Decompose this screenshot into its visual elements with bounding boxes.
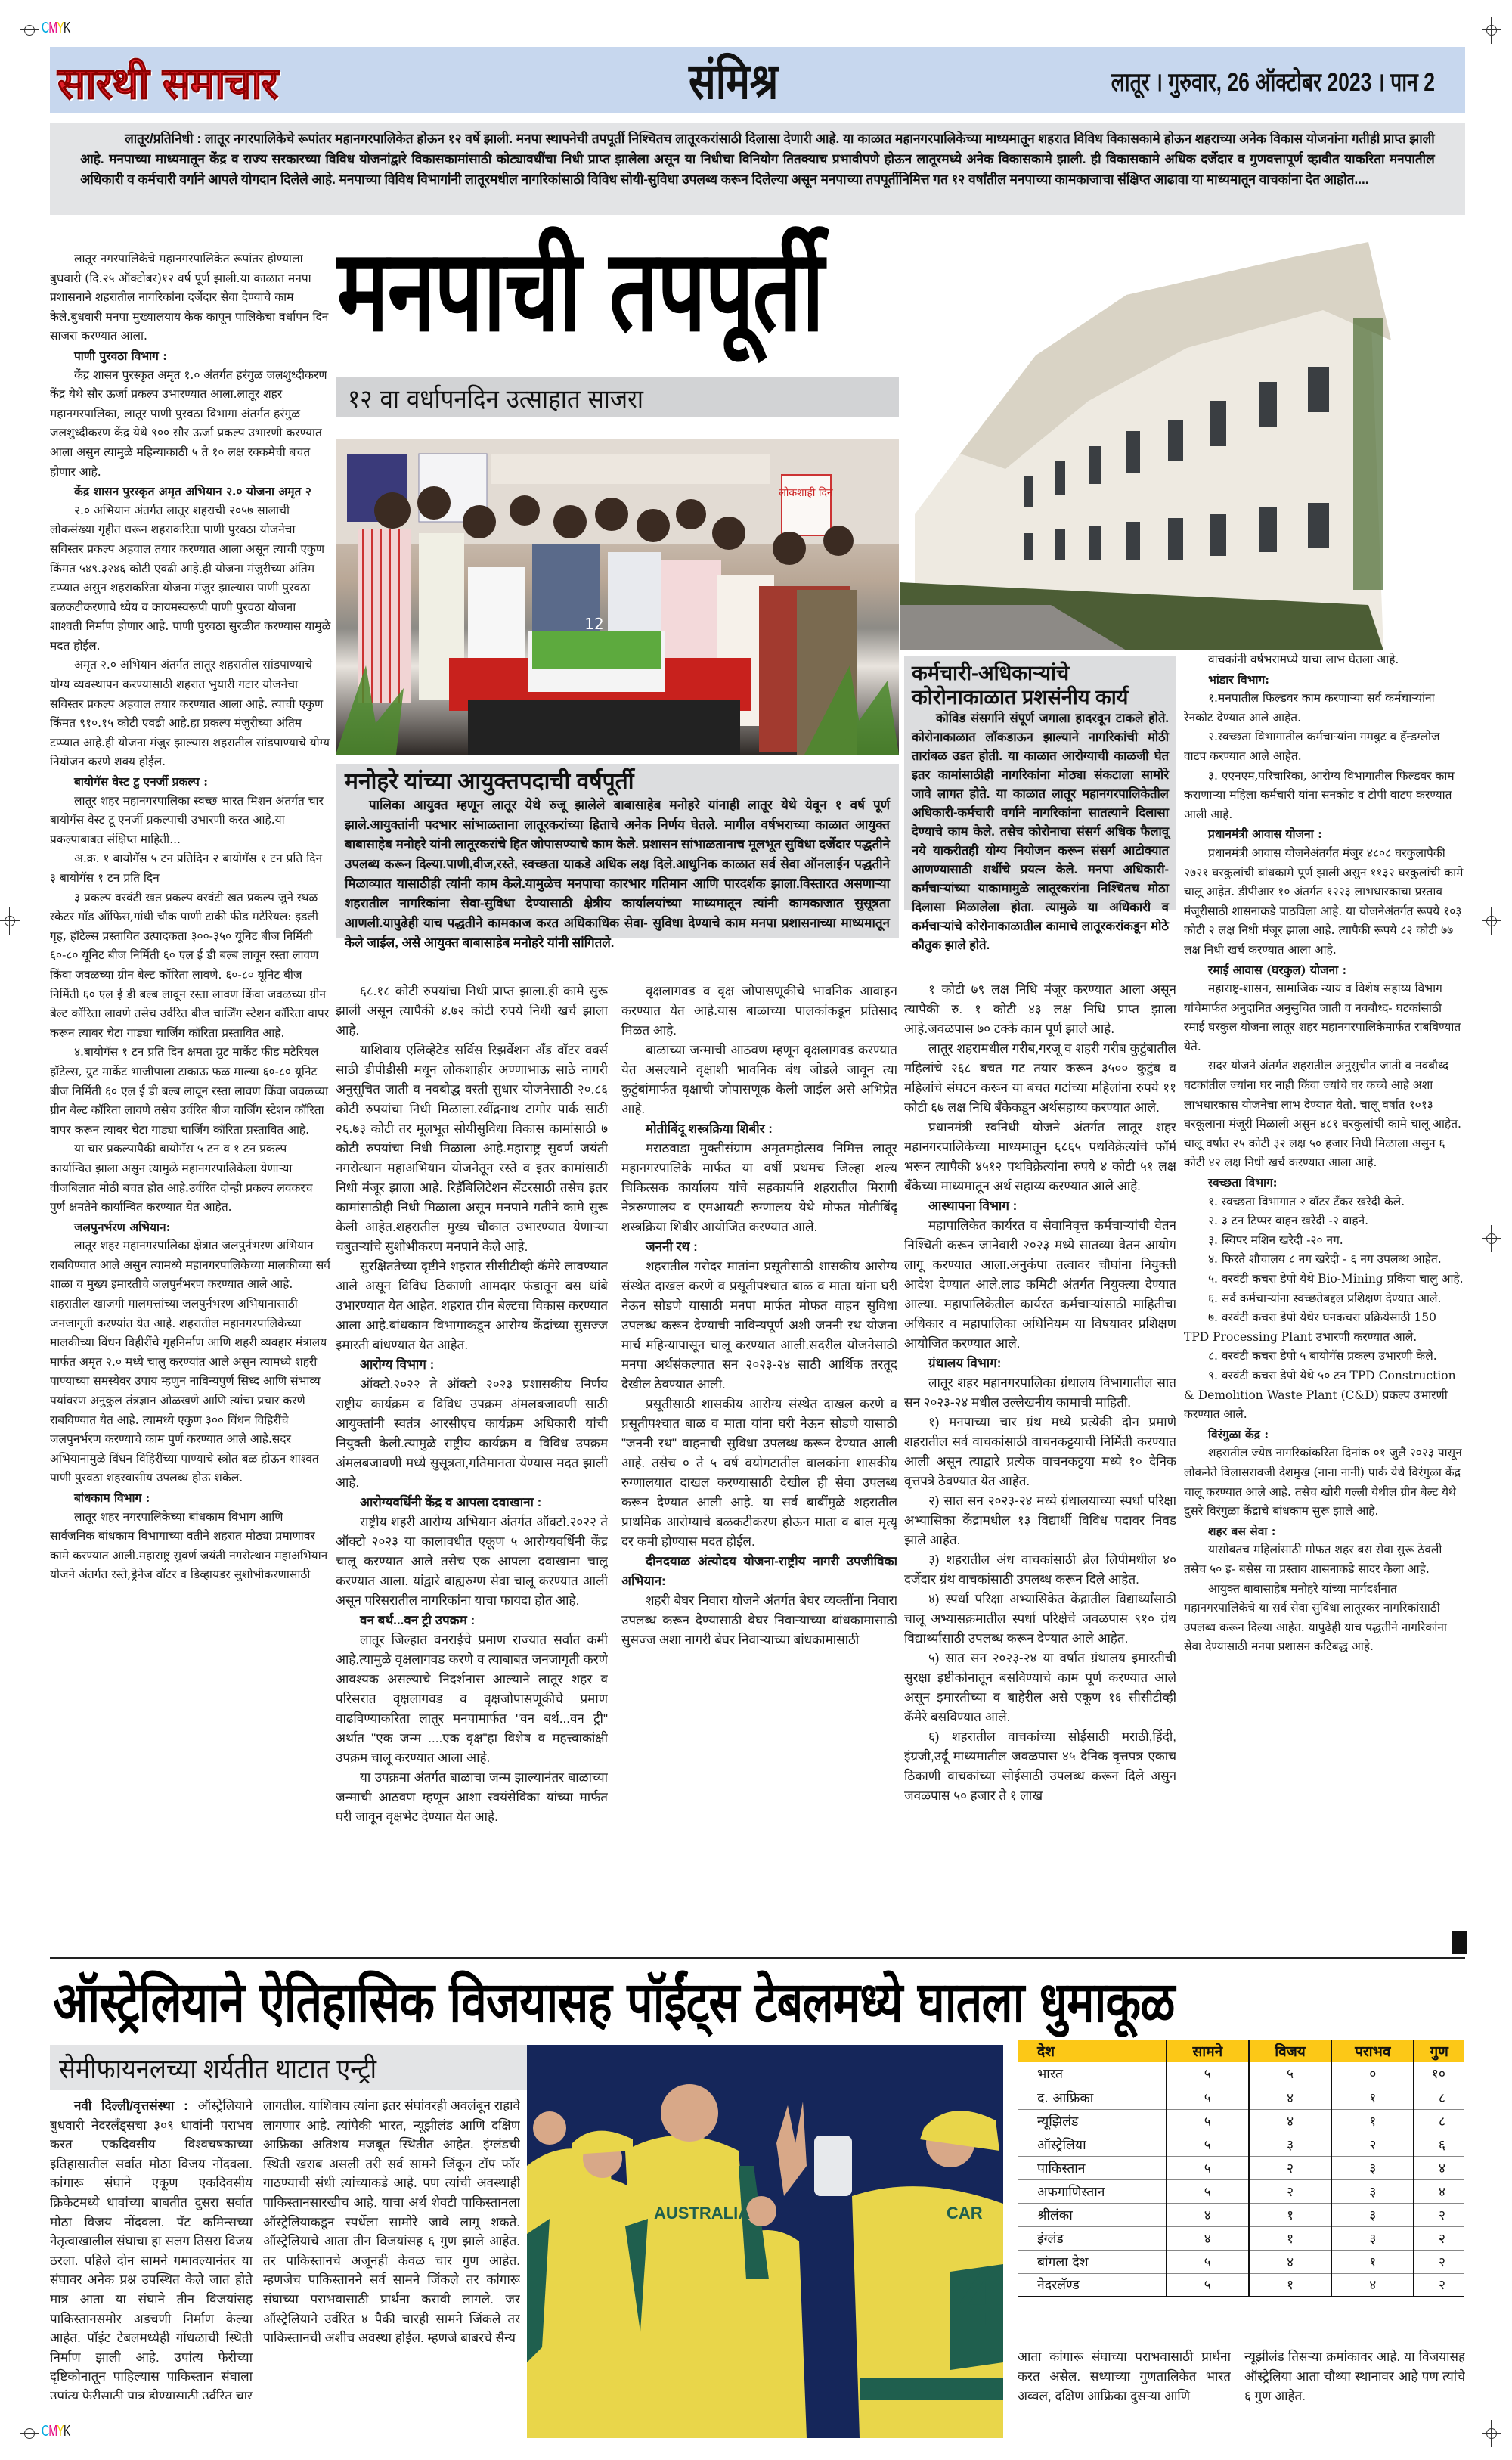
registration-mark-icon xyxy=(1482,1225,1501,1252)
col-header-matches: सामने xyxy=(1167,2040,1249,2062)
matches-cell: ५ xyxy=(1167,2062,1249,2086)
country-cell: श्रीलंका xyxy=(1018,2203,1167,2226)
end-mark xyxy=(1452,1931,1467,1954)
losses-cell: ३ xyxy=(1331,2179,1414,2203)
manohare-box-title: मनोहरे यांच्या आयुक्तपदाची वर्षपूर्ती xyxy=(345,768,890,796)
country-cell: इंग्लंड xyxy=(1018,2226,1167,2250)
paragraph: केंद्र शासन पुरस्कृत अमृत १.० अंतर्गत हर… xyxy=(50,366,331,482)
points-table-row: पाकिस्तान५२३४ xyxy=(1018,2156,1464,2179)
paragraph: ४. फिरते शौचालय ८ नग खरेदी - ६ नग उपलब्ध… xyxy=(1184,1250,1465,1270)
paragraph: लातूर नगरपालिकेचे महानगरपालिकेत रूपांतर … xyxy=(50,250,331,346)
points-table-row: भारत५५०१० xyxy=(1018,2062,1464,2086)
paragraph: वाचकांनी वर्षभरामध्ये याचा लाभ घेतला आहे… xyxy=(1184,650,1465,670)
paragraph: बाळाच्या जन्माची आठवण म्हणून वृक्षलागवड … xyxy=(621,1041,897,1119)
sports-headline: ऑस्ट्रेलियाने ऐतिहासिक विजयासह पॉईंट्स ट… xyxy=(53,1966,1175,2039)
paragraph: यासोबतच महिलांसाठी मोफत शहर बस सेवा सुरू… xyxy=(1184,1540,1465,1579)
paragraph: २) सात सन २०२३-२४ मध्ये ग्रंथालयाच्या स्… xyxy=(904,1491,1176,1550)
cake-number-text: 12 xyxy=(584,615,603,633)
points-cell: ८ xyxy=(1414,2086,1464,2109)
losses-cell: १ xyxy=(1331,2109,1414,2133)
wins-cell: २ xyxy=(1249,2156,1331,2179)
paragraph: प्रधानमंत्री आवास योजनेअंतर्गत मंजुर ४८०… xyxy=(1184,844,1465,960)
paragraph: ६) शहरातील वाचकांच्या सोईसाठी मराठी,हिंद… xyxy=(904,1727,1176,1806)
paragraph: १. स्वच्छता विभागात २ वॉटर टँकर खरेदी के… xyxy=(1184,1193,1465,1212)
section-subheading: आरोग्य विभाग : xyxy=(336,1355,608,1375)
wins-cell: १ xyxy=(1249,2226,1331,2250)
matches-cell: ५ xyxy=(1167,2156,1249,2179)
paragraph: लातूर शहरामधील गरीब,गरजू व शहरी गरीब कुट… xyxy=(904,1039,1176,1118)
paragraph: २. ३ टन टिप्पर वाहन खरेदी -२ वाहने. xyxy=(1184,1211,1465,1231)
section-subheading: ग्रंथालय विभाग: xyxy=(904,1354,1176,1373)
country-cell: बांगला देश xyxy=(1018,2250,1167,2273)
losses-cell: ४ xyxy=(1331,2273,1414,2297)
paragraph: २.० अभियान अंतर्गत लातूर शहराची २०५७ साल… xyxy=(50,501,331,656)
points-table-row: इंग्लंड४१३२ xyxy=(1018,2226,1464,2250)
registration-mark-icon xyxy=(1482,2420,1501,2447)
cmyk-label: CMYK xyxy=(42,20,70,37)
building-illustration xyxy=(900,227,1444,650)
article-column-mid2: वृक्षलागवड व वृक्ष जोपासणूकीचे भावनिक आव… xyxy=(621,982,897,1938)
cake-cutting-photo: लोकशाही दिन 12 xyxy=(336,439,899,755)
points-cell: ६ xyxy=(1414,2133,1464,2156)
main-headline: मनपाची तपपूर्ती xyxy=(337,227,823,355)
sports-column-1: नवी दिल्ली/वृत्तसंस्था : ऑस्ट्रेलियाने ब… xyxy=(50,2096,253,2399)
points-cell: २ xyxy=(1414,2203,1464,2226)
registration-mark-icon xyxy=(0,907,20,935)
section-subheading: शहर बस सेवा : xyxy=(1184,1522,1465,1541)
paragraph: मराठवाडा मुक्तीसंग्राम अमृतमहोत्सव निमित… xyxy=(621,1139,897,1237)
paragraph: या चार प्रकल्पापैकी बायोगॅस ५ टन व १ टन … xyxy=(50,1140,331,1217)
sports-subheadline: सेमीफायनलच्या शर्यतीत थाटात एन्ट्री xyxy=(59,2049,376,2086)
wins-cell: ४ xyxy=(1249,2109,1331,2133)
country-cell: न्यूझिलंड xyxy=(1018,2109,1167,2133)
points-table: देश सामने विजय पराभव गुण भारत५५०१०द. आफ्… xyxy=(1018,2040,1464,2297)
matches-cell: ५ xyxy=(1167,2250,1249,2273)
paragraph: ३. स्विपर मशिन खरेदी -२० नग. xyxy=(1184,1231,1465,1251)
losses-cell: ३ xyxy=(1331,2226,1414,2250)
col-header-country: देश xyxy=(1018,2040,1167,2062)
intro-box: लातूर/प्रतिनिधी : लातूर नगरपालिकेचे रूपा… xyxy=(50,123,1465,215)
points-table-header: देश सामने विजय पराभव गुण xyxy=(1018,2040,1464,2062)
registration-mark-icon xyxy=(1482,17,1501,44)
losses-cell: १ xyxy=(1331,2086,1414,2109)
sports-col4-text: न्यूझीलंड तिसऱ्या क्रमांकावर आहे. या विज… xyxy=(1244,2347,1465,2406)
manohare-info-box: मनोहरे यांच्या आयुक्तपदाची वर्षपूर्ती पा… xyxy=(336,764,899,938)
sports-dateline: नवी दिल्ली/वृत्तसंस्था : xyxy=(74,2099,188,2113)
section-subheading: स्वच्छता विभाग: xyxy=(1184,1173,1465,1193)
losses-cell: ३ xyxy=(1331,2156,1414,2179)
country-cell: नेदरलॅण्ड xyxy=(1018,2273,1167,2297)
points-cell: ४ xyxy=(1414,2156,1464,2179)
matches-cell: ५ xyxy=(1167,2109,1249,2133)
paragraph: या उपक्रमा अंतर्गत बाळाचा जन्म झाल्यानंत… xyxy=(336,1768,608,1827)
paragraph: महापालिकेत कार्यरत व सेवानिवृत्त कर्मचाऱ… xyxy=(904,1216,1176,1354)
main-subheadline: १२ वा वर्धापनदिन उत्साहात साजरा xyxy=(348,380,643,415)
wins-cell: ४ xyxy=(1249,2086,1331,2109)
paragraph: ३. एएनएम,परिचारिका, आरोग्य विभागातील फिल… xyxy=(1184,767,1465,825)
country-cell: अफगाणिस्तान xyxy=(1018,2179,1167,2203)
section-name: संमिश्र xyxy=(689,45,778,113)
paragraph: सुरक्षिततेच्या दृष्टीने शहरात सीसीटीव्ही… xyxy=(336,1257,608,1355)
paragraph: वृक्षलागवड व वृक्ष जोपासणूकीचे भावनिक आव… xyxy=(621,982,897,1041)
points-table-row: ऑस्ट्रेलिया५३२६ xyxy=(1018,2133,1464,2156)
paragraph: याशिवाय एलिव्हेटेड सर्विस रिझर्वेशन अँड … xyxy=(336,1041,608,1257)
matches-cell: ५ xyxy=(1167,2086,1249,2109)
matches-cell: ५ xyxy=(1167,2179,1249,2203)
paragraph: ७. वरवंटी कचरा डेपो येथेर घनकचरा प्रक्रि… xyxy=(1184,1308,1465,1347)
points-table-row: नेदरलॅण्ड५१४२ xyxy=(1018,2273,1464,2297)
manohare-box-body: पालिका आयुक्त म्हणून लातूर येथे रुजू झाल… xyxy=(345,796,890,953)
paragraph: सदर योजने अंतर्गत शहरातील अनुसुचीत जाती … xyxy=(1184,1056,1465,1173)
points-table-row: बांगला देश५४१२ xyxy=(1018,2250,1464,2273)
points-cell: २ xyxy=(1414,2226,1464,2250)
sports-col3-text: आता कांगारू संघाच्या पराभवासाठी प्रार्थन… xyxy=(1018,2347,1231,2406)
country-cell: द. आफ्रिका xyxy=(1018,2086,1167,2109)
australia-team-photo: AUSTRALIA CAR 4 xyxy=(527,2045,1003,2438)
matches-cell: ४ xyxy=(1167,2226,1249,2250)
paragraph: लातूर जिल्हात वनराईचे प्रमाण राज्यात सर्… xyxy=(336,1630,608,1768)
sports-column-3: आता कांगारू संघाच्या पराभवासाठी प्रार्थन… xyxy=(1018,2347,1231,2423)
masthead: सारथी समाचार संमिश्र लातूर । गुरुवार, 26… xyxy=(50,47,1465,113)
points-cell: २ xyxy=(1414,2250,1464,2273)
section-divider xyxy=(50,1957,1465,1959)
section-subheading: बांधकाम विभाग : xyxy=(50,1488,331,1508)
paragraph: १) मनपाच्या चार ग्रंथ मध्ये प्रत्येकी दो… xyxy=(904,1413,1176,1491)
points-cell: २ xyxy=(1414,2273,1464,2297)
section-subheading: दीनदयाळ अंत्योदय योजना-राष्ट्रीय नागरी उ… xyxy=(621,1552,897,1591)
points-table-row: द. आफ्रिका५४१८ xyxy=(1018,2086,1464,2109)
section-subheading: आरोग्यवर्धिनी केंद्र व आपला दवाखाना : xyxy=(336,1493,608,1512)
jersey-number-text: 4 xyxy=(958,2250,1003,2343)
registration-mark-icon xyxy=(20,2420,39,2447)
col-header-wins: विजय xyxy=(1249,2040,1331,2062)
wins-cell: ५ xyxy=(1249,2062,1331,2086)
paragraph: राष्ट्रीय शहरी आरोग्य अभियान अंतर्गत ऑक्… xyxy=(336,1512,608,1611)
matches-cell: ५ xyxy=(1167,2273,1249,2297)
jersey-name-text: CAR xyxy=(947,2204,983,2223)
paragraph: २.स्वच्छता विभागातील कर्मचाऱ्यांना गमबुट… xyxy=(1184,727,1465,766)
section-subheading: प्रधानमंत्री आवास योजना : xyxy=(1184,824,1465,844)
wins-cell: १ xyxy=(1249,2273,1331,2297)
paragraph: प्रधानमंत्री स्वनिधी योजने अंतर्गत लातूर… xyxy=(904,1118,1176,1196)
article-column-left: लातूर नगरपालिकेचे महानगरपालिकेत रूपांतर … xyxy=(50,250,331,1936)
municipal-building-photo xyxy=(900,227,1444,650)
lokshahi-sign-text: लोकशाही दिन xyxy=(779,486,833,499)
dateline: लातूर । गुरुवार, 26 ऑक्टोबर 2023 । पान 2 xyxy=(1111,64,1435,98)
section-subheading: बायोगॅस वेस्ट टु एनर्जी प्रकल्प : xyxy=(50,772,331,792)
paragraph: लातूर शहर महानगरपालिका क्षेत्रात जलपुर्न… xyxy=(50,1236,331,1488)
section-subheading: भांडार विभाग: xyxy=(1184,670,1465,690)
corona-box-title: कर्मचारी-अधिकाऱ्यांचे कोरोनाकाळात प्रशसं… xyxy=(912,661,1169,709)
section-subheading: पाणी पुरवठा विभाग : xyxy=(50,346,331,366)
wins-cell: ३ xyxy=(1249,2133,1331,2156)
points-cell: ४ xyxy=(1414,2179,1464,2203)
registration-mark-icon xyxy=(20,17,39,44)
losses-cell: २ xyxy=(1331,2133,1414,2156)
cake-cutting-illustration: लोकशाही दिन 12 xyxy=(336,439,899,755)
paragraph: महाराष्ट्र-शासन, सामाजिक न्याय व विशेष स… xyxy=(1184,979,1465,1056)
article-column-mid1: ६८.१८ कोटी रुपयांचा निधी प्राप्त झाला.ही… xyxy=(336,982,608,1938)
paragraph: १.मनपातील फिल्डवर काम करणाऱ्या सर्व कर्म… xyxy=(1184,689,1465,727)
article-column-right2: वाचकांनी वर्षभरामध्ये याचा लाभ घेतला आहे… xyxy=(1184,650,1465,1936)
paragraph: शहरी बेघर निवारा योजने अंतर्गत बेघर व्यक… xyxy=(621,1591,897,1650)
paragraph: ऑक्टो.२०२२ ते ऑक्टो २०२३ प्रशासकीय निर्ण… xyxy=(336,1375,608,1493)
sports-col1-text: ऑस्ट्रेलियाने बुधवारी नेदरलँड्सचा ३०९ धा… xyxy=(50,2099,253,2399)
points-cell: ८ xyxy=(1414,2109,1464,2133)
section-subheading: विरंगुळा केंद्र : xyxy=(1184,1425,1465,1444)
paragraph: ५) सात सन २०२३-२४ या वर्षात ग्रंथालय इमा… xyxy=(904,1649,1176,1727)
sports-col2-text: लागतील. याशिवाय त्यांना इतर संघांवरही अव… xyxy=(263,2096,520,2348)
paragraph: शहरातील गरोदर मातांना प्रसूतीसाठी शासकीय… xyxy=(621,1257,897,1394)
country-cell: पाकिस्तान xyxy=(1018,2156,1167,2179)
section-subheading: वन बर्थ...वन ट्री उपक्रम : xyxy=(336,1611,608,1630)
jersey-text: AUSTRALIA xyxy=(654,2204,750,2223)
paragraph: लातूर शहर महानगरपालिका स्वच्छ भारत मिशन … xyxy=(50,792,331,850)
paragraph: लातूर शहर नगरपालिकेच्या बांधकाम विभाग आण… xyxy=(50,1508,331,1585)
col-header-losses: पराभव xyxy=(1331,2040,1414,2062)
paragraph: ९. वरवंटी कचरा डेपो येथे ५० टन TPD Const… xyxy=(1184,1366,1465,1425)
paragraph: आयुक्त बाबासाहेब मनोहरे यांच्या मार्गदर्… xyxy=(1184,1580,1465,1657)
paragraph: ६. सर्व कर्मचाऱ्यांना स्वच्छतेबद्दल प्रश… xyxy=(1184,1289,1465,1309)
col-header-points: गुण xyxy=(1414,2040,1464,2062)
paragraph: ३ प्रकल्प वरवंटी खत प्रकल्प वरवंटी खत प्… xyxy=(50,889,331,1044)
cricket-players-illustration: AUSTRALIA CAR 4 xyxy=(527,2045,1003,2438)
section-subheading: आस्थापना विभाग : xyxy=(904,1196,1176,1216)
intro-text: लातूर/प्रतिनिधी : लातूर नगरपालिकेचे रूपा… xyxy=(80,129,1434,190)
corona-box-body: कोविड संसर्गाने संपूर्ण जगाला हादरवून टा… xyxy=(912,709,1169,955)
paragraph: लातूर शहर महानगरपालिका ग्रंथालय विभागाती… xyxy=(904,1373,1176,1413)
paragraph: प्रसूतीसाठी शासकीय आरोग्य संस्थेत दाखल क… xyxy=(621,1394,897,1552)
section-subheading: रमाई आवास (घरकुल) योजना : xyxy=(1184,960,1465,980)
losses-cell: ० xyxy=(1331,2062,1414,2086)
wins-cell: ४ xyxy=(1249,2250,1331,2273)
paragraph: शहरातील ज्येष्ठ नागरिकांकरिता दिनांक ०१ … xyxy=(1184,1444,1465,1521)
matches-cell: ४ xyxy=(1167,2203,1249,2226)
sports-column-4: न्यूझीलंड तिसऱ्या क्रमांकावर आहे. या विज… xyxy=(1244,2347,1465,2423)
article-column-right1: १ कोटी ७९ लक्ष निधि मंजूर करण्यात आला अस… xyxy=(904,980,1176,1938)
paper-name: सारथी समाचार xyxy=(57,51,277,111)
registration-mark-icon xyxy=(1482,907,1501,935)
section-subheading: केंद्र शासन पुरस्कृत अमृत अभियान २.० योज… xyxy=(50,482,331,501)
paragraph: ८. वरवंटी कचरा डेपो ५ बायोगॅस प्रकल्प उभ… xyxy=(1184,1347,1465,1366)
losses-cell: १ xyxy=(1331,2250,1414,2273)
wins-cell: २ xyxy=(1249,2179,1331,2203)
paragraph: ३) शहरातील अंध वाचकांसाठी ब्रेल लिपीमधील… xyxy=(904,1550,1176,1590)
paragraph: अ.क्र. १ बायोगॅस ५ टन प्रतिदिन २ बायोगॅस… xyxy=(50,849,331,888)
paragraph: अमृत २.० अभियान अंतर्गत लातूर शहरातील सा… xyxy=(50,656,331,772)
section-subheading: जननी रथ : xyxy=(621,1237,897,1257)
wins-cell: १ xyxy=(1249,2203,1331,2226)
paragraph: १ कोटी ७९ लक्ष निधि मंजूर करण्यात आला अस… xyxy=(904,980,1176,1039)
losses-cell: ३ xyxy=(1331,2203,1414,2226)
paragraph: ४.बायोगॅस १ टन प्रति दिन क्षमता ग्रुट मा… xyxy=(50,1043,331,1140)
matches-cell: ५ xyxy=(1167,2133,1249,2156)
paragraph: ४) स्पर्धा परिक्षा अभ्यासिकेत केंद्रातील… xyxy=(904,1590,1176,1649)
sports-column-2: लागतील. याशिवाय त्यांना इतर संघांवरही अव… xyxy=(263,2096,520,2399)
points-table-row: न्यूझिलंड५४१८ xyxy=(1018,2109,1464,2133)
paragraph: ६८.१८ कोटी रुपयांचा निधी प्राप्त झाला.ही… xyxy=(336,982,608,1041)
country-cell: ऑस्ट्रेलिया xyxy=(1018,2133,1167,2156)
points-table-row: अफगाणिस्तान५२३४ xyxy=(1018,2179,1464,2203)
country-cell: भारत xyxy=(1018,2062,1167,2086)
points-cell: १० xyxy=(1414,2062,1464,2086)
cmyk-label: CMYK xyxy=(42,2423,70,2440)
section-subheading: मोतीबिंदू शस्त्रक्रिया शिबीर : xyxy=(621,1119,897,1139)
section-subheading: जलपुनर्भरण अभियान: xyxy=(50,1218,331,1237)
corona-info-box: कर्मचारी-अधिकाऱ्यांचे कोरोनाकाळात प्रशसं… xyxy=(904,656,1176,910)
paragraph: ५. वरवंटी कचरा डेपो येथे Bio-Mining प्रक… xyxy=(1184,1270,1465,1289)
points-table-row: श्रीलंका४१३२ xyxy=(1018,2203,1464,2226)
